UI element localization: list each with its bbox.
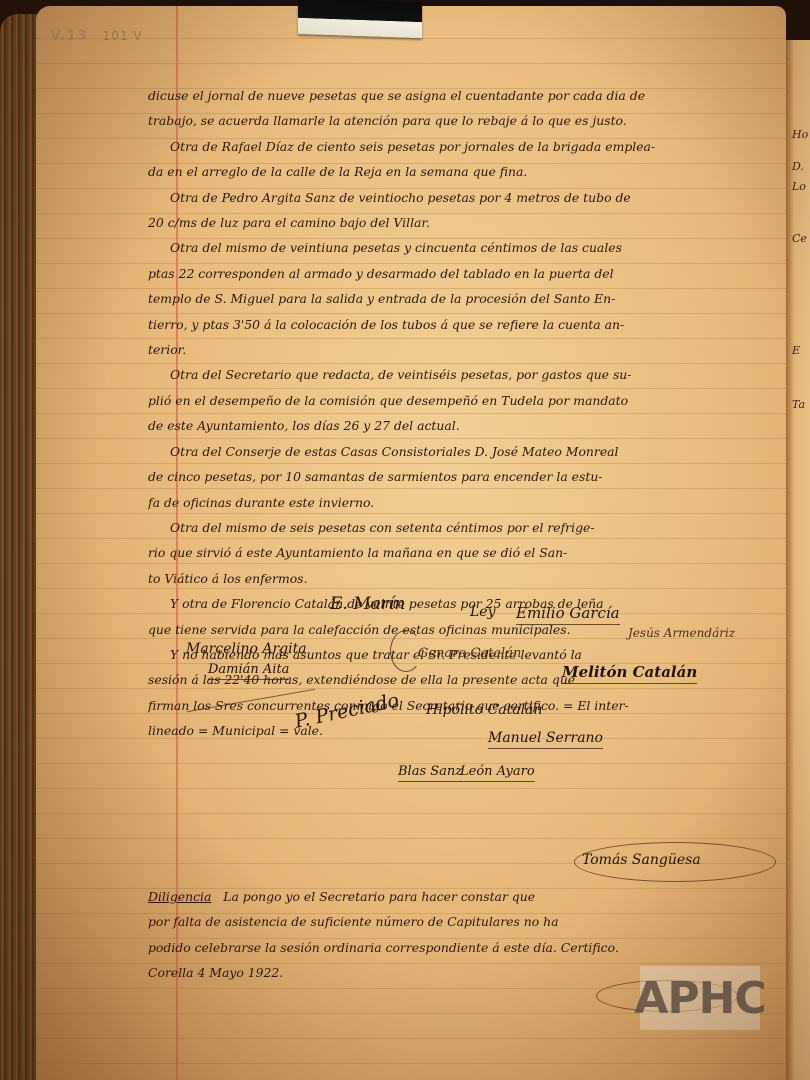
text-line: rio que sirvió á este Ayuntamiento la ma… <box>148 540 738 565</box>
text-line: Otra del mismo de veintiuna pesetas y ci… <box>148 235 738 260</box>
signature: Blas Sanz <box>398 764 462 782</box>
text-line: Diligencia La pongo yo el Secretario par… <box>148 884 738 909</box>
text-line: por falta de asistencia de suficiente nú… <box>148 909 738 934</box>
text-line: da en el arreglo de la calle de la Reja … <box>148 159 738 184</box>
text-line: podido celebrarse la sesión ordinaria co… <box>148 935 738 960</box>
text-line: tierro, y ptas 3'50 á la colocación de l… <box>148 312 738 337</box>
signature-flourish <box>390 630 422 672</box>
signature-flourish <box>574 842 776 882</box>
facing-page-fragment: Ho <box>792 128 808 141</box>
text-line: plió en el desempeño de la comisión que … <box>148 388 738 413</box>
facing-page-fragment: D. <box>792 160 804 173</box>
bookmark-ribbon <box>298 0 422 38</box>
signature: Ley <box>470 604 496 620</box>
text-line: Otra del Secretario que redacta, de vein… <box>148 362 738 387</box>
signature: León Ayaro <box>460 764 535 782</box>
facing-page-fragment: Ce <box>792 232 807 245</box>
text-line: Otra del Conserje de estas Casas Consist… <box>148 439 738 464</box>
aphc-watermark: APHC <box>640 966 760 1030</box>
text-line: Otra de Rafael Díaz de ciento seis peset… <box>148 134 738 159</box>
signature: Jesús Armendáriz <box>628 626 735 640</box>
text-line: 20 c/ms de luz para el camino bajo del V… <box>148 210 738 235</box>
signature: Emilio García <box>516 604 620 625</box>
folio-label: 101 V <box>103 29 143 43</box>
signature: E. Marín <box>330 594 405 614</box>
text-line: fa de oficinas durante este invierno. <box>148 490 738 515</box>
signature: Damián Aita <box>208 662 289 680</box>
text-line: dicuse el jornal de nueve pesetas que se… <box>148 83 738 108</box>
text-line: Y otra de Florencio Catalán de veinte pe… <box>148 591 738 616</box>
text-line: lineado = Municipal = vale. <box>148 718 738 743</box>
facing-page-fragment: Ta <box>792 398 805 411</box>
facing-page-fragment: E <box>792 344 800 357</box>
signature: Genaro Catalán <box>418 646 521 661</box>
open-ledger-book: Ho D. Lo Ce E Ta V.13 101 V dicuse el jo… <box>0 0 810 1080</box>
folio-stamp: V.13 <box>50 28 88 44</box>
diligencia-label: Diligencia <box>148 889 211 904</box>
text-line: terior. <box>148 337 738 362</box>
text-line: to Viático á los enfermos. <box>148 566 738 591</box>
diligencia-text: La pongo yo el Secretario para hacer con… <box>223 889 535 904</box>
text-line: Otra del mismo de seis pesetas con seten… <box>148 515 738 540</box>
folio-number: V.13 101 V <box>50 28 143 44</box>
text-line: de este Ayuntamiento, los días 26 y 27 d… <box>148 413 738 438</box>
text-line: templo de S. Miguel para la salida y ent… <box>148 286 738 311</box>
text-line: ptas 22 corresponden al armado y desarma… <box>148 261 738 286</box>
text-line: trabajo, se acuerda llamarle la atención… <box>148 108 738 133</box>
signature: Marcelino Argita <box>186 641 307 657</box>
facing-page-edge <box>786 40 810 1080</box>
signature: Melitón Catalán <box>562 663 697 684</box>
facing-page-fragment: Lo <box>792 180 806 193</box>
text-line: de cinco pesetas, por 10 samantas de sar… <box>148 464 738 489</box>
signature: Hipólito Catalán <box>426 702 542 718</box>
text-line: Otra de Pedro Argita Sanz de veintiocho … <box>148 185 738 210</box>
signature: Manuel Serrano <box>488 730 603 749</box>
